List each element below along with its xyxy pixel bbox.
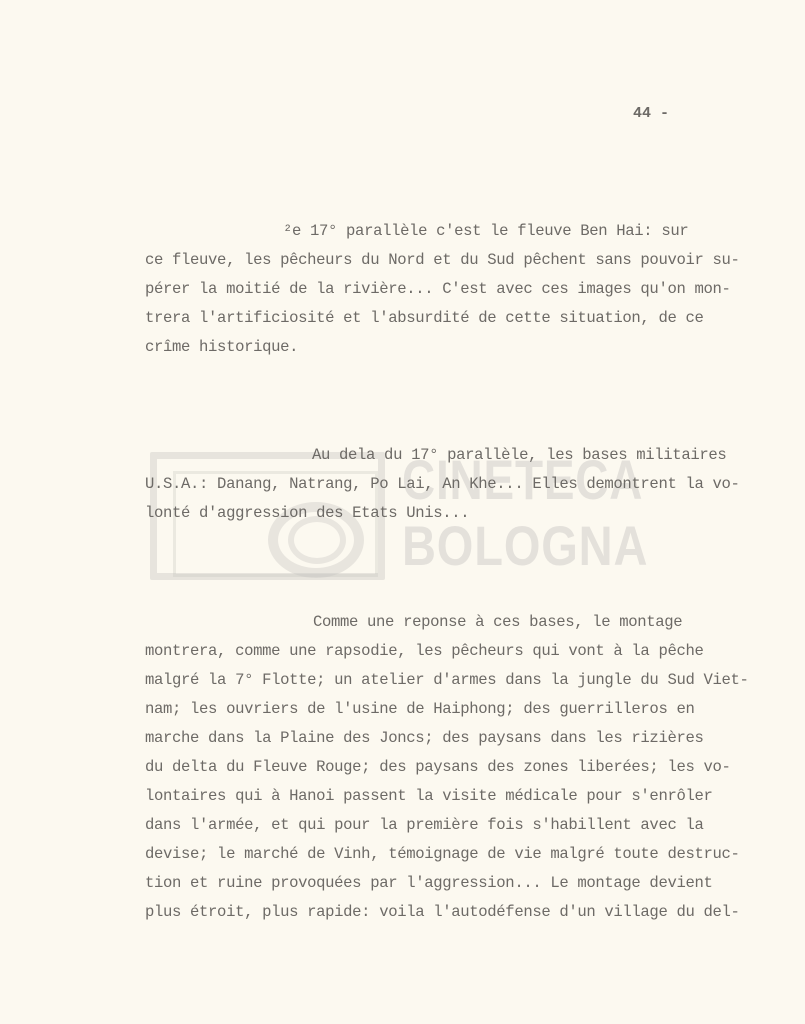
paragraph-line: pérer la moitié de la rivière... C'est a… bbox=[145, 276, 731, 302]
paragraph-line: lontaires qui à Hanoi passent la visite … bbox=[145, 783, 713, 809]
paragraph-line: Comme une reponse à ces bases, le montag… bbox=[313, 609, 682, 635]
paragraph-line: plus étroit, plus rapide: voila l'autodé… bbox=[145, 899, 740, 925]
paragraph-line: dans l'armée, et qui pour la première fo… bbox=[145, 812, 703, 838]
document-page: CINETECA BOLOGNA 44 - ²e 17° parallèle c… bbox=[0, 0, 805, 1024]
paragraph-3: Comme une reponse à ces bases, le montag… bbox=[0, 0, 36, 338]
paragraph-line: nam; les ouvriers de l'usine de Haiphong… bbox=[145, 696, 694, 722]
paragraph-line: U.S.A.: Danang, Natrang, Po Lai, An Khe.… bbox=[145, 471, 740, 497]
watermark-text-line2: BOLOGNA bbox=[402, 518, 648, 574]
paragraph-line: marche dans la Plaine des Joncs; des pay… bbox=[145, 725, 703, 751]
page-number: 44 - bbox=[633, 105, 669, 122]
paragraph-line: tion et ruine provoquées par l'aggressio… bbox=[145, 870, 713, 896]
paragraph-line: trera l'artificiosité et l'absurdité de … bbox=[145, 305, 703, 331]
paragraph-line: du delta du Fleuve Rouge; des paysans de… bbox=[145, 754, 731, 780]
paragraph-line: devise; le marché de Vinh, témoignage de… bbox=[145, 841, 740, 867]
paragraph-line: crîme historique. bbox=[145, 334, 298, 360]
paragraph-line: ²e 17° parallèle c'est le fleuve Ben Hai… bbox=[283, 218, 688, 244]
paragraph-line: Au dela du 17° parallèle, les bases mili… bbox=[312, 442, 726, 468]
paragraph-line: lonté d'aggression des Etats Unis... bbox=[145, 500, 469, 526]
paragraph-line: montrera, comme une rapsodie, les pêcheu… bbox=[145, 638, 703, 664]
paragraph-line: malgré la 7° Flotte; un atelier d'armes … bbox=[145, 667, 749, 693]
paragraph-line: ce fleuve, les pêcheurs du Nord et du Su… bbox=[145, 247, 740, 273]
